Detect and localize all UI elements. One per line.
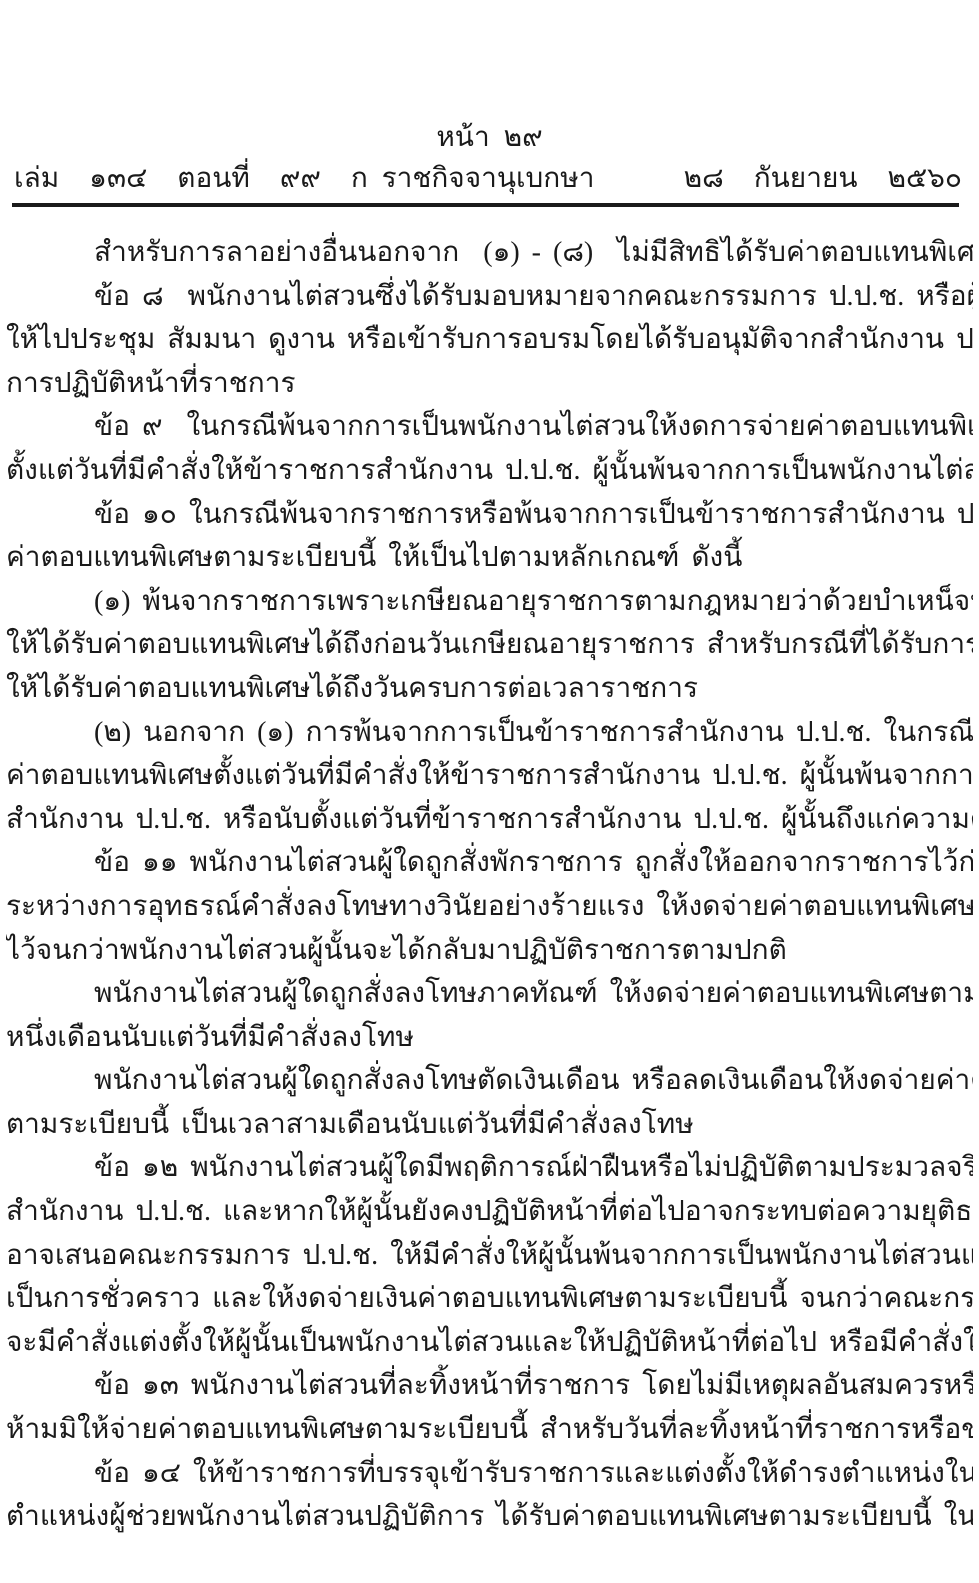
text-line: สำหรับการลาอย่างอื่นนอกจาก (๑) - (๘) ไม่… [6, 231, 973, 275]
text-line: (๑) พ้นจากราชการเพราะเกษียณอายุราชการตาม… [6, 580, 973, 624]
paragraph: ข้อ ๙ ในกรณีพ้นจากการเป็นพนักงานไต่สวนให… [6, 405, 973, 492]
text-line: ตำแหน่งผู้ช่วยพนักงานไต่สวนปฏิบัติการ ได… [6, 1495, 973, 1539]
text-line: จะมีคำสั่งแต่งตั้งให้ผู้นั้นเป็นพนักงานไ… [6, 1321, 973, 1365]
text-line: ข้อ ๑๓ พนักงานไต่สวนที่ละทิ้งหน้าที่ราชก… [6, 1364, 973, 1408]
gazette-header: หน้า ๒๙ เล่ม ๑๓๔ ตอนที่ ๙๙ ก ราชกิจจานุเ… [0, 0, 979, 207]
text-line: ห้ามมิให้จ่ายค่าตอบแทนพิเศษตามระเบียบนี้… [6, 1408, 973, 1452]
text-line: ข้อ ๑๔ ให้ข้าราชการที่บรรจุเข้ารับราชการ… [6, 1452, 973, 1496]
paragraph: (๑) พ้นจากราชการเพราะเกษียณอายุราชการตาม… [6, 580, 973, 711]
text-line: ค่าตอบแทนพิเศษตั้งแต่วันที่มีคำสั่งให้ข้… [6, 754, 973, 798]
document-body: สำหรับการลาอย่างอื่นนอกจาก (๑) - (๘) ไม่… [0, 207, 979, 1539]
paragraph: พนักงานไต่สวนผู้ใดถูกสั่งลงโทษตัดเงินเดื… [6, 1059, 973, 1146]
text-line: เป็นการชั่วคราว และให้งดจ่ายเงินค่าตอบแท… [6, 1277, 973, 1321]
text-line: อาจเสนอคณะกรรมการ ป.ป.ช. ให้มีคำสั่งให้ผ… [6, 1234, 973, 1278]
publication-date: ๒๘ กันยายน ๒๕๖๐ [594, 158, 962, 200]
text-line: สำนักงาน ป.ป.ช. หรือนับตั้งแต่วันที่ข้าร… [6, 798, 973, 842]
paragraph: ข้อ ๘ พนักงานไต่สวนซึ่งได้รับมอบหมายจากค… [6, 275, 973, 406]
text-line: สำนักงาน ป.ป.ช. และหากให้ผู้นั้นยังคงปฏิ… [6, 1190, 973, 1234]
text-line: (๒) นอกจาก (๑) การพ้นจากการเป็นข้าราชการ… [6, 711, 973, 755]
text-line: ข้อ ๑๐ ในกรณีพ้นจากราชการหรือพ้นจากการเป… [6, 493, 973, 537]
text-line: พนักงานไต่สวนผู้ใดถูกสั่งลงโทษตัดเงินเดื… [6, 1059, 973, 1103]
paragraph: ข้อ ๑๒ พนักงานไต่สวนผู้ใดมีพฤติการณ์ฝ่าฝ… [6, 1146, 973, 1364]
text-line: ตั้งแต่วันที่มีคำสั่งให้ข้าราชการสำนักงา… [6, 449, 973, 493]
gazette-page: หน้า ๒๙ เล่ม ๑๓๔ ตอนที่ ๙๙ ก ราชกิจจานุเ… [0, 0, 979, 1583]
text-line: ให้ได้รับค่าตอบแทนพิเศษได้ถึงก่อนวันเกษี… [6, 623, 973, 667]
paragraph: ข้อ ๑๐ ในกรณีพ้นจากราชการหรือพ้นจากการเป… [6, 493, 973, 580]
paragraph: ข้อ ๑๔ ให้ข้าราชการที่บรรจุเข้ารับราชการ… [6, 1452, 973, 1539]
text-line: ค่าตอบแทนพิเศษตามระเบียบนี้ ให้เป็นไปตาม… [6, 536, 973, 580]
text-line: หนึ่งเดือนนับแต่วันที่มีคำสั่งลงโทษ [6, 1016, 973, 1060]
text-line: ให้ไปประชุม สัมมนา ดูงาน หรือเข้ารับการอ… [6, 318, 973, 362]
page-number: หน้า ๒๙ [0, 118, 979, 158]
paragraph: (๒) นอกจาก (๑) การพ้นจากการเป็นข้าราชการ… [6, 711, 973, 842]
volume-part-label: เล่ม ๑๓๔ ตอนที่ ๙๙ ก [14, 158, 382, 200]
text-line: ตามระเบียบนี้ เป็นเวลาสามเดือนนับแต่วันท… [6, 1103, 973, 1147]
text-line: พนักงานไต่สวนผู้ใดถูกสั่งลงโทษภาคทัณฑ์ ใ… [6, 972, 973, 1016]
text-line: ข้อ ๑๒ พนักงานไต่สวนผู้ใดมีพฤติการณ์ฝ่าฝ… [6, 1146, 973, 1190]
paragraph: สำหรับการลาอย่างอื่นนอกจาก (๑) - (๘) ไม่… [6, 231, 973, 275]
text-line: การปฏิบัติหน้าที่ราชการ [6, 362, 973, 406]
text-line: ข้อ ๑๑ พนักงานไต่สวนผู้ใดถูกสั่งพักราชกา… [6, 841, 973, 885]
text-line: ข้อ ๘ พนักงานไต่สวนซึ่งได้รับมอบหมายจากค… [6, 275, 973, 319]
text-line: ระหว่างการอุทธรณ์คำสั่งลงโทษทางวินัยอย่า… [6, 885, 973, 929]
paragraph: ข้อ ๑๑ พนักงานไต่สวนผู้ใดถูกสั่งพักราชกา… [6, 841, 973, 972]
paragraph: พนักงานไต่สวนผู้ใดถูกสั่งลงโทษภาคทัณฑ์ ใ… [6, 972, 973, 1059]
text-line: ข้อ ๙ ในกรณีพ้นจากการเป็นพนักงานไต่สวนให… [6, 405, 973, 449]
text-line: ไว้จนกว่าพนักงานไต่สวนผู้นั้นจะได้กลับมา… [6, 929, 973, 973]
text-line: ให้ได้รับค่าตอบแทนพิเศษได้ถึงวันครบการต่… [6, 667, 973, 711]
masthead: เล่ม ๑๓๔ ตอนที่ ๙๙ ก ราชกิจจานุเบกษา ๒๘ … [0, 158, 979, 200]
paragraph: ข้อ ๑๓ พนักงานไต่สวนที่ละทิ้งหน้าที่ราชก… [6, 1364, 973, 1451]
gazette-title: ราชกิจจานุเบกษา [382, 158, 595, 200]
